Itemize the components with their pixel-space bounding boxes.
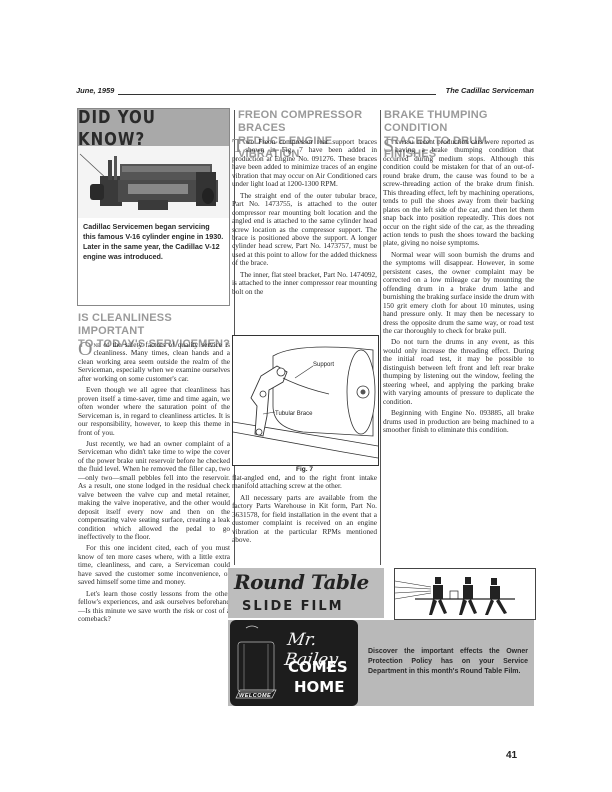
paragraph: Let's learn those costly lessons from th… [78,590,230,624]
ad-description: Discover the important effects the Owner… [368,647,528,677]
did-you-know-caption: Cadillac Servicemen began servicing this… [83,222,224,262]
header-rule [118,94,436,95]
figure-caption: Fig. 7 [232,466,377,473]
article-freon-body-bottom: flat-angled end, and to the right front … [232,474,377,548]
column-divider [380,110,381,565]
paragraph: For this one incident cited, each of you… [78,544,230,586]
paragraph-text: recent production cars were reported as … [383,137,534,247]
paragraph-text: of the safety factors of quality service… [78,340,230,383]
label-tubular-brace: Tubular Brace [275,411,313,417]
v16-engine-photo [78,146,229,218]
drop-cap: O [78,341,92,357]
did-you-know-header: DID YOU KNOW? [78,109,229,146]
paragraph: Beginning with Engine No. 093885, all br… [383,409,534,434]
page-number: 41 [506,750,517,761]
figure-7-diagram: Support Tubular Brace [232,335,379,466]
film-title-comes: COMES [288,658,348,676]
paragraph: Do not turn the drums in any event, as t… [383,338,534,406]
did-you-know-title: DID YOU KNOW? [78,106,229,149]
round-table-banner: Round Table SLIDE FILM [228,568,384,618]
label-support: Support [313,362,334,368]
paragraph: The inner, flat steel bracket, Part No. … [232,271,377,296]
article-cleanliness-body: One of the safety factors of quality ser… [78,341,230,627]
article-freon-body-top: Two Freon compressor rear support braces… [232,138,377,299]
paragraph: Normal wear will soon burnish the drums … [383,251,534,336]
headline-line-1: FREON COMPRESSOR BRACES [238,109,383,135]
article-brake-body: Several recent production cars were repo… [383,138,534,437]
paragraph: flat-angled end, and to the right front … [232,474,377,491]
paragraph: Just recently, we had an owner complaint… [78,440,230,541]
paragraph: Two Freon compressor rear support braces… [232,138,377,189]
paragraph: One of the safety factors of quality ser… [78,341,230,383]
headline-line-1: BRAKE THUMPING CONDITION [384,109,536,135]
issue-date: June, 1959 [76,86,114,95]
banner-subtitle: SLIDE FILM [242,599,344,614]
paragraph: All necessary parts are available from t… [232,494,377,545]
publication-name: The Cadillac Serviceman [446,86,534,95]
film-title-home: HOME [294,678,344,696]
running-header: June, 1959 The Cadillac Serviceman [76,86,534,98]
headline-line-1: IS CLEANLINESS IMPORTANT [78,312,233,338]
banner-title: Round Table [234,570,369,594]
mr-bailey-ad: Mr. Bailey COMES HOME WELCOME Discover t… [228,620,534,706]
ad-dark-panel: Mr. Bailey COMES HOME WELCOME [230,620,358,706]
round-table-illustration [394,568,536,620]
drop-cap: S [383,138,394,154]
doormat-welcome: WELCOME [239,693,271,699]
paragraph: The straight end of the outer tubular br… [232,192,377,268]
did-you-know-box: DID YOU KNOW? Cadillac Servicemen began … [77,108,230,306]
paragraph: Several recent production cars were repo… [383,138,534,248]
drop-cap: T [232,138,244,154]
paragraph-text: wo Freon compressor rear support braces … [232,137,377,188]
paragraph: Even though we all agree that cleanlines… [78,386,230,437]
